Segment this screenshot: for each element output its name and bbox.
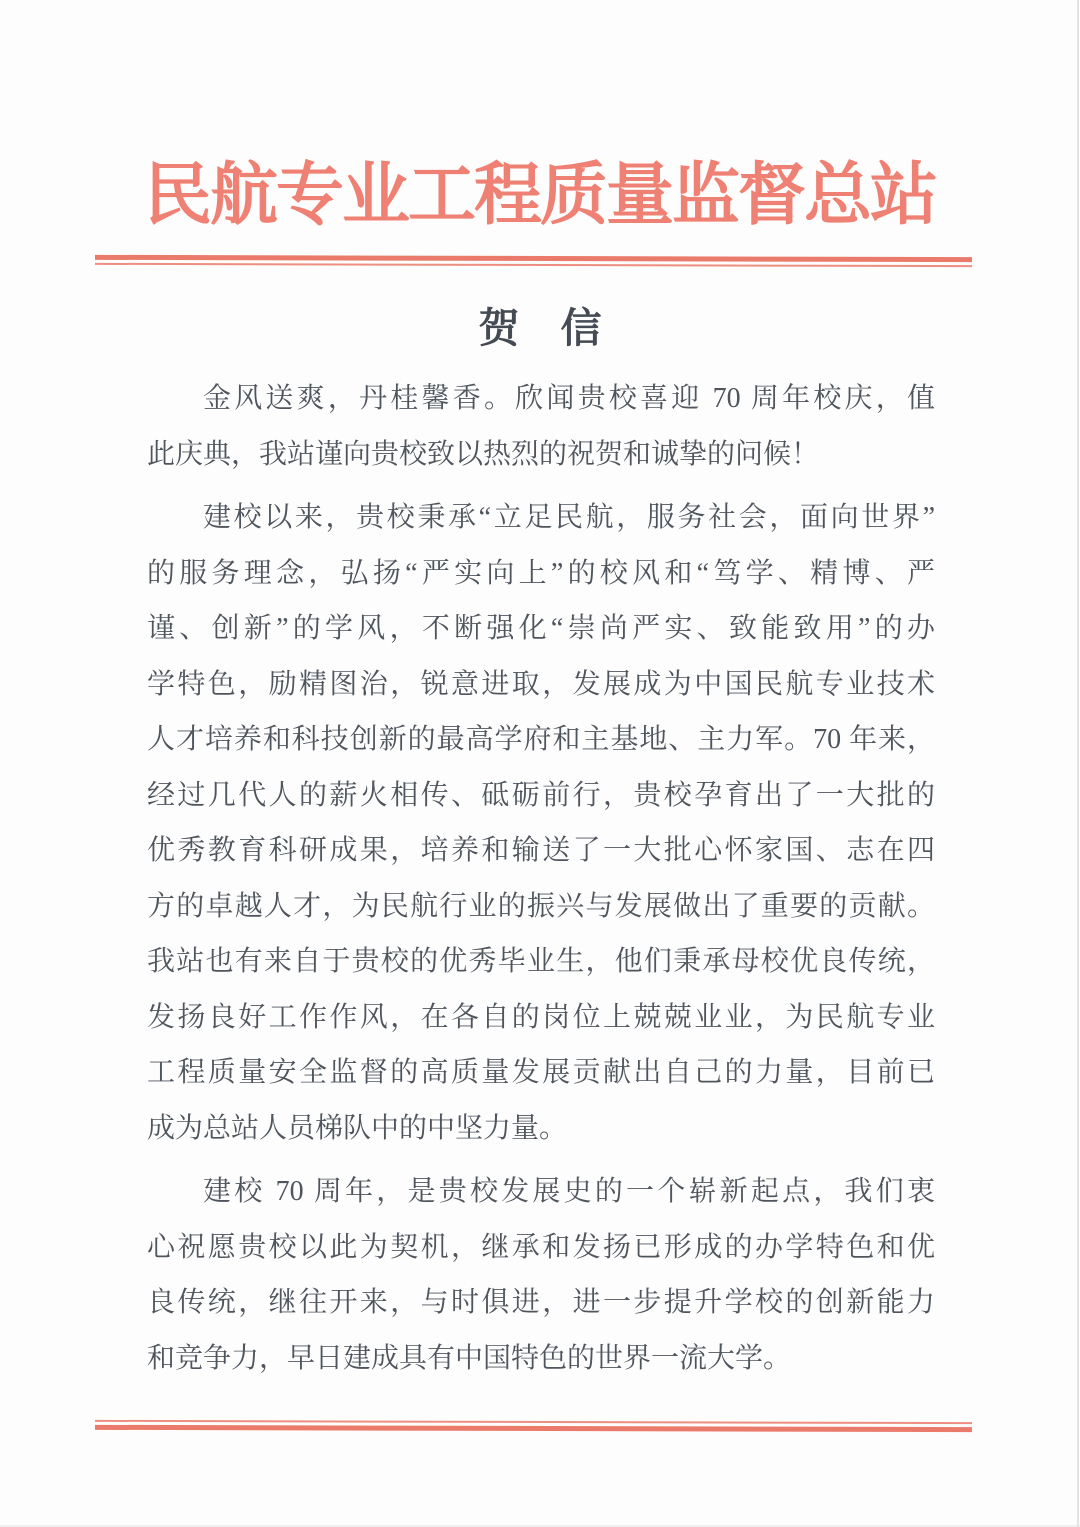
body-line: 建校以来，贵校秉承“立足民航，服务社会，面向世界”	[147, 490, 935, 546]
letterhead-divider-rule	[95, 255, 972, 267]
paragraph: 建校 70 周年，是贵校发展史的一个崭新起点，我们衷心祝愿贵校以此为契机，继承和…	[147, 1164, 935, 1386]
paragraph: 金风送爽，丹桂馨香。欣闻贵校喜迎 70 周年校庆，值此庆典，我站谨向贵校致以热烈…	[147, 371, 935, 482]
body-line: 优秀教育科研成果，培养和输送了一大批心怀家国、志在四	[147, 823, 935, 879]
scan-edge-right	[1077, 0, 1079, 1527]
body-line: 学特色，励精图治，锐意进取，发展成为中国民航专业技术	[147, 657, 935, 713]
body-line: 良传统，继往开来，与时俱进，进一步提升学校的创新能力	[147, 1275, 935, 1331]
body-line: 金风送爽，丹桂馨香。欣闻贵校喜迎 70 周年校庆，值	[147, 371, 935, 427]
body-line: 经过几代人的薪火相传、砥砺前行，贵校孕育出了一大批的	[147, 768, 935, 824]
body-line: 的服务理念，弘扬“严实向上”的校风和“笃学、精博、严	[147, 546, 935, 602]
divider-thick-bar	[95, 1425, 972, 1432]
scanned-letter-page: 民航专业工程质量监督总站 贺 信 金风送爽，丹桂馨香。欣闻贵校喜迎 70 周年校…	[0, 0, 1080, 1527]
body-line: 建校 70 周年，是贵校发展史的一个崭新起点，我们衷	[147, 1164, 935, 1220]
body-line: 我站也有来自于贵校的优秀毕业生，他们秉承母校优良传统，	[147, 934, 935, 990]
body-line: 方的卓越人才，为民航行业的振兴与发展做出了重要的贡献。	[147, 879, 935, 935]
body-line: 此庆典，我站谨向贵校致以热烈的祝贺和诚挚的问候！	[147, 427, 935, 483]
footer-divider-rule	[95, 1420, 972, 1432]
body-line: 成为总站人员梯队中的中坚力量。	[147, 1101, 935, 1157]
letterhead-org-title: 民航专业工程质量监督总站	[0, 150, 1080, 240]
letter-title: 贺 信	[0, 304, 1080, 352]
body-line: 人才培养和科技创新的最高学府和主基地、主力军。70 年来，	[147, 712, 935, 768]
paragraph: 建校以来，贵校秉承“立足民航，服务社会，面向世界”的服务理念，弘扬“严实向上”的…	[147, 490, 935, 1156]
body-line: 和竞争力，早日建成具有中国特色的世界一流大学。	[147, 1331, 935, 1387]
body-line: 工程质量安全监督的高质量发展贡献出自己的力量，目前已	[147, 1045, 935, 1101]
body-line: 发扬良好工作作风，在各自的岗位上兢兢业业，为民航专业	[147, 990, 935, 1046]
letter-body: 金风送爽，丹桂馨香。欣闻贵校喜迎 70 周年校庆，值此庆典，我站谨向贵校致以热烈…	[147, 371, 935, 1394]
body-line: 心祝愿贵校以此为契机，继承和发扬已形成的办学特色和优	[147, 1220, 935, 1276]
body-line: 谨、创新”的学风，不断强化“崇尚严实、致能致用”的办	[147, 601, 935, 657]
